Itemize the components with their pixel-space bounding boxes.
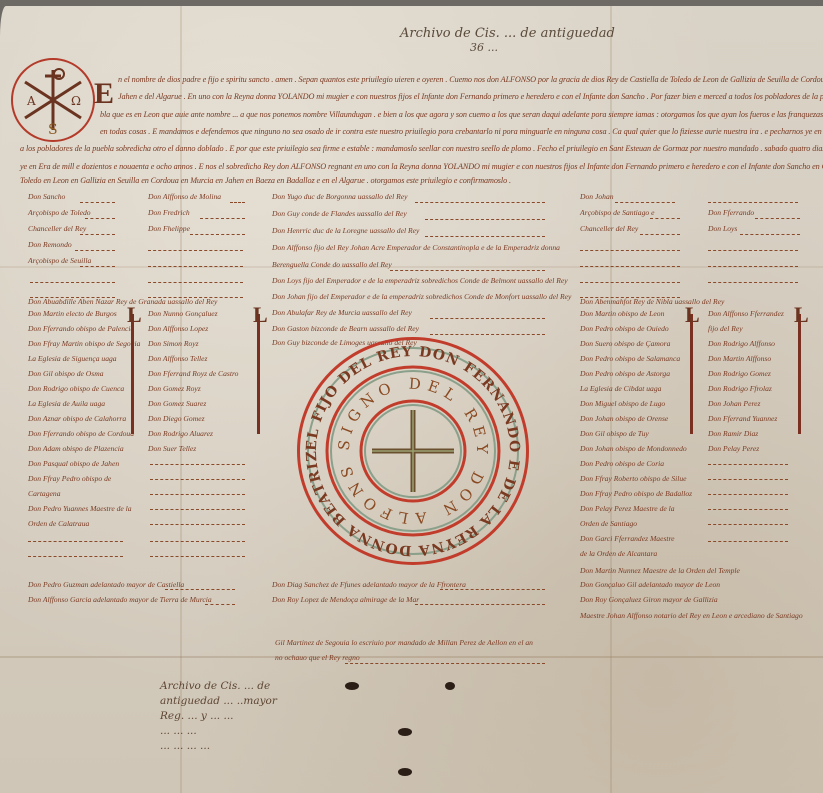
bishop: de la Orden de Alcantara (580, 549, 657, 558)
bishop: Don Gil obispo de Tuy (580, 429, 649, 438)
noble: Don Alffonso Lopez (148, 324, 208, 333)
bishop: Don Fferrando obispo de Cordoua (28, 429, 134, 438)
rubric-castilla-nobles (257, 314, 270, 434)
text-line: en todas cosas . E mandamos e defendemos… (100, 127, 823, 136)
official: Don Alffonso Garcia adelantado mayor de … (28, 595, 212, 604)
archival-note-bottom: Archivo de Cis. ... de antiguedad ... ..… (160, 679, 277, 754)
bishop: Orden de Calatraua (28, 519, 89, 528)
text-line: ye en Era de mill e dozientos e nouaenta… (20, 162, 823, 171)
confirmante: Don Sancho (28, 192, 65, 201)
confirmante: Arçobispo de Seuilla (28, 256, 91, 265)
noble: Don Alffonso Fferrandez (708, 309, 784, 318)
bishop: Don Pasqual obispo de Jahen (28, 459, 119, 468)
official: Don Roy Lopez de Mendoça almirage de la … (272, 595, 419, 604)
bishop: La Eglesia de Cibdat uaga (580, 384, 661, 393)
archival-note-line: Archivo de Cis. ... de antiguedad (400, 26, 615, 41)
note-line: ... ... ... ... (160, 739, 277, 754)
note-line: antiguedad ... ..mayor (160, 694, 277, 709)
noble: Don Ramir Diaz (708, 429, 758, 438)
bishop: Don Rodrigo obispo de Cuenca (28, 384, 124, 393)
official: Don Gonçaluo Gil adelantado mayor de Leo… (580, 580, 720, 589)
confirmante: Don Fredrich (148, 208, 190, 217)
archival-note-top: Archivo de Cis. ... de antiguedad 36 ... (400, 26, 615, 54)
seal-hole (345, 682, 359, 690)
parchment-document: Archivo de Cis. ... de antiguedad 36 ...… (0, 6, 823, 793)
noble: Don Simon Royz (148, 339, 199, 348)
svg-text:S: S (48, 122, 58, 138)
bishop: Don Ffray Roberto obispo de Silue (580, 474, 687, 483)
noble: Don Gomez Suarez (148, 399, 206, 408)
confirmante: Arçobispo de Santiago e (580, 208, 654, 217)
bishop: Don Martin obispo de Leon (580, 309, 664, 318)
bishop: Don Adam obispo de Plazencia (28, 444, 124, 453)
rubric-initial: L (127, 302, 142, 328)
noble: Don Alffonso Tellez (148, 354, 208, 363)
rubric-leon (690, 314, 703, 434)
bishop: Don Gil obispo de Osma (28, 369, 104, 378)
confirmante: Don Gaston bizconde de Bearn uassallo de… (272, 324, 419, 333)
bishop: Don Pedro Yuannes Maestre de la (28, 504, 132, 513)
rubric-castilla (131, 314, 144, 434)
confirmante: Don Remondo (28, 240, 72, 249)
bishop: Don Pedro obispo de Coria (580, 459, 664, 468)
confirmante: Chanceller del Rey (580, 224, 638, 233)
bishop: Don Aznar obispo de Calahorra (28, 414, 126, 423)
text-line: a los pobladores de la puebla sobredicha… (20, 144, 823, 153)
text-line: Jahen e del Algarue . En uno con la Reyn… (118, 92, 823, 101)
bishop: Don Fferrando obispo de Palencia (28, 324, 134, 333)
noble: Don Nunno Gonçaluez (148, 309, 218, 318)
bishop: Don Ffray Pedro obispo de Badalloz (580, 489, 692, 498)
bishop: La Eglesia de Auila uaga (28, 399, 105, 408)
text-line: bla que es en Leon que auie ante nombre … (100, 110, 823, 119)
note-line: ... ... ... (160, 724, 277, 739)
confirmante: Chanceller del Rey (28, 224, 86, 233)
bishop: Cartagena (28, 489, 61, 498)
bishop: Don Pedro obispo de Astorga (580, 369, 670, 378)
confirmante: Don Loys fijo del Emperador e de la empe… (272, 276, 568, 285)
svg-text:Ω: Ω (71, 94, 81, 108)
bishop: Don Pedro obispo de Ouiedo (580, 324, 669, 333)
bishop: Don Ffray Martin obispo de Segouia (28, 339, 140, 348)
confirmante: Don Fferrando (708, 208, 754, 217)
bishop: Don Pedro obispo de Salamanca (580, 354, 680, 363)
bishop: Don Miguel obispo de Lugo (580, 399, 665, 408)
svg-text:A: A (26, 94, 36, 108)
noble: Don Martin Alffonso (708, 354, 771, 363)
bishop: Don Johan obispo de Orense (580, 414, 668, 423)
noble: Don Fferrand Royz de Castro (148, 369, 238, 378)
seal-hole (398, 728, 412, 736)
bishop: Don Ffray Pedro obispo de (28, 474, 111, 483)
noble: Don Pelay Perez (708, 444, 759, 453)
bishop: La Eglesia de Siguença uaga (28, 354, 117, 363)
bishop: Don Garci Fferrandez Maestre (580, 534, 675, 543)
noble: Don Gomez Royz (148, 384, 201, 393)
noble: Don Rodrigo Gomez (708, 369, 771, 378)
note-line: Archivo de Cis. ... de (160, 679, 277, 694)
noble: Don Rodrigo Ffrolaz (708, 384, 772, 393)
confirmante: Don Alffonso fijo del Rey Johan Acre Emp… (272, 243, 560, 252)
scribe-line: Gil Martinez de Segouia lo escriuio por … (275, 638, 533, 647)
confirmante: Don Yugo duc de Borgonna uassallo del Re… (272, 192, 407, 201)
fold-line (0, 266, 823, 268)
note-line: Reg. ... y ... ... (160, 709, 277, 724)
bishop: Don Martin electo de Burgos (28, 309, 117, 318)
confirmante: Don Loys (708, 224, 737, 233)
bishop: Orden de Santiago (580, 519, 637, 528)
confirmante: Don Fhelippe (148, 224, 190, 233)
text-line: n el nombre de dios padre e fijo e spiri… (118, 75, 823, 84)
noble: Don Johan Perez (708, 399, 760, 408)
noble: Don Rodrigo Aluarez (148, 429, 213, 438)
confirmante: Don Abulafar Rey de Murcia uassallo del … (272, 308, 412, 317)
noble: fijo del Rey (708, 324, 743, 333)
noble: Don Fferrand Yuannez (708, 414, 777, 423)
confirmante: Don Guy conde de Flandes uassallo del Re… (272, 209, 407, 218)
fold-line (0, 656, 823, 658)
vassal-king-left: Don Abuabdille Aben Nazar Rey de Granada… (28, 297, 217, 306)
confirmante: Don Johan fijo del Emperador e de la emp… (272, 292, 571, 301)
seal-hole (445, 682, 455, 690)
confirmante: Don Henrric duc de la Loregne uassallo d… (272, 226, 419, 235)
rota-seal: EL FIJO DEL REY DON FERNANDO E DE LA REY… (297, 337, 529, 565)
official: Don Diag Sanchez de Ffunes adelantado ma… (272, 580, 466, 589)
confirmante: Don Johan (580, 192, 614, 201)
confirmante: Don Alffonso de Molina (148, 192, 221, 201)
confirmante: Arçobispo de Toledo (28, 208, 91, 217)
bishop: Don Suero obispo de Çamora (580, 339, 670, 348)
archival-note-line: 36 ... (400, 41, 615, 54)
scribe-line: no ochauo que el Rey regno (275, 653, 360, 662)
seal-hole (398, 768, 412, 776)
noble: Don Suer Tellez (148, 444, 196, 453)
rubric-initial: L (253, 302, 268, 328)
rubric-leon-nobles (798, 314, 811, 434)
bishop: Don Martin Nunnez Maestre de la Orden de… (580, 566, 740, 575)
vassal-king-right: Don Abenmahfot Rey de Nibla uassallo del… (580, 297, 724, 306)
noble: Don Diego Gomez (148, 414, 205, 423)
confirmante: Berenguella Conde do uassallo del Rey (272, 260, 392, 269)
rubric-initial: L (685, 302, 700, 328)
official: Maestre Johan Alffonso notario del Rey e… (580, 611, 803, 620)
bishop: Don Pelay Perez Maestre de la (580, 504, 675, 513)
initial-letter: E (94, 77, 114, 111)
official: Don Pedro Guzman adelantado mayor de Cas… (28, 580, 184, 589)
text-line: Toledo en Leon en Gallizia en Seuilla en… (20, 176, 511, 185)
chrismon-icon: A Ω S (11, 58, 95, 142)
noble: Don Rodrigo Alffonso (708, 339, 775, 348)
rubric-initial: L (794, 302, 809, 328)
bishop: Don Johan obispo de Mondonnedo (580, 444, 687, 453)
official: Don Roy Gonçaluez Giron mayor de Gallizi… (580, 595, 718, 604)
